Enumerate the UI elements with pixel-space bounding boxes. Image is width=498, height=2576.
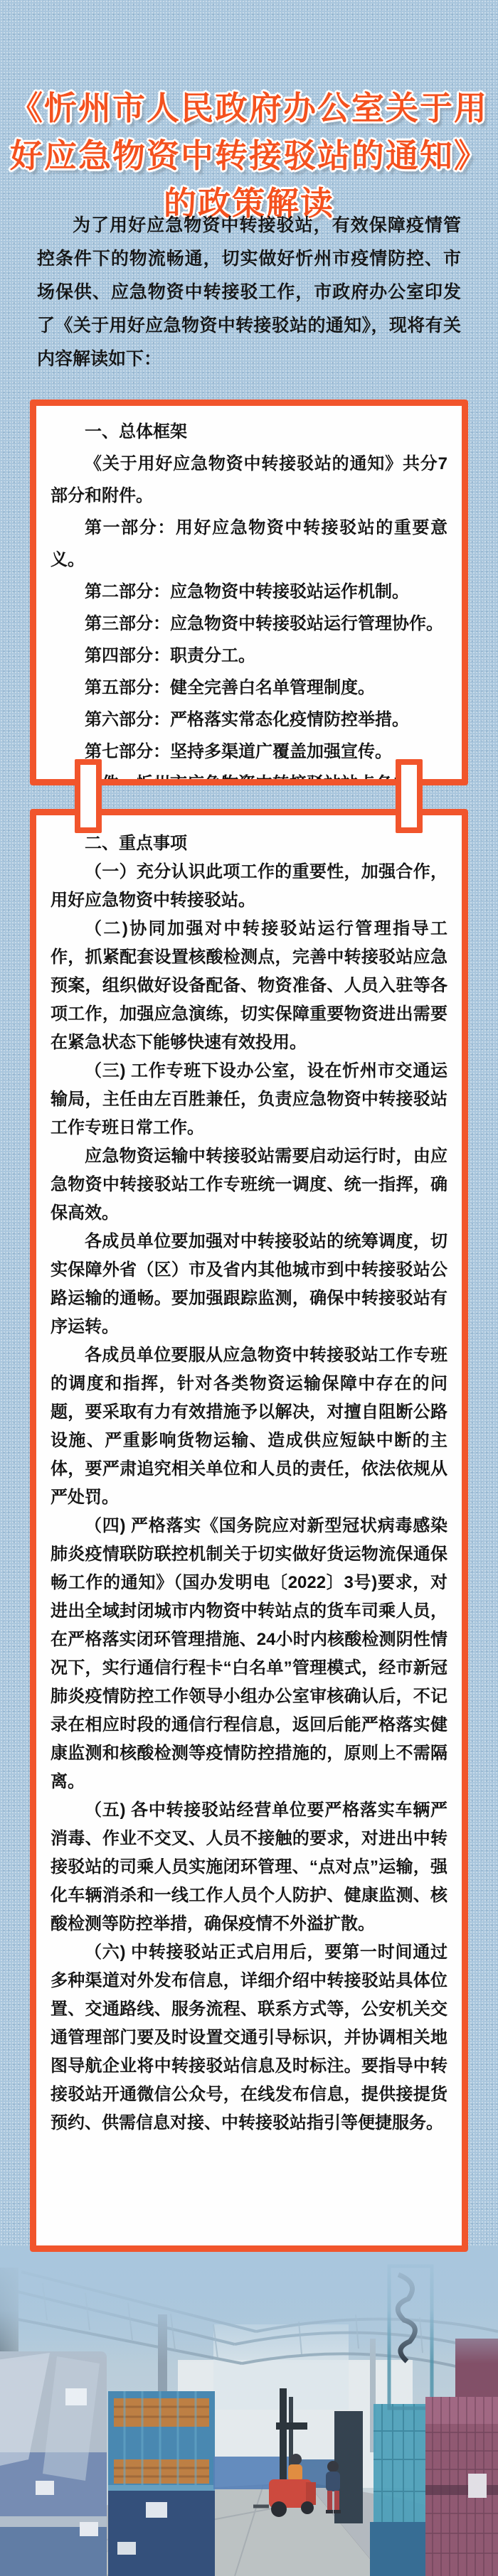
paragraph: 第六部分：严格落实常态化疫情防控举措。 <box>51 704 447 736</box>
paragraph: （四) 严格落实《国务院应对新型冠状病毒感染肺炎疫情联防联控机制关于切实做好货运… <box>51 1512 447 1796</box>
paragraph: 第四部分：职责分工。 <box>51 640 447 672</box>
page-title-line-1: 《忻州市人民政府办公室关于用 <box>0 85 498 132</box>
section-key-items: 二、重点事项 （一）充分认识此项工作的重要性，加强合作，用好应急物资中转接驳站。… <box>30 809 468 2252</box>
paragraph: （二)协同加强对中转接驳站运行管理指导工作，抓紧配套设置核酸检测点，完善中转接驳… <box>51 915 447 1057</box>
paragraph: 第七部分：坚持多渠道广覆盖加强宣传。 <box>51 736 447 768</box>
paragraph: （六) 中转接驳站正式启用后，要第一时间通过多种渠道对外发布信息，详细介绍中转接… <box>51 1938 447 2137</box>
paragraph: 第五部分：健全完善白名单管理制度。 <box>51 672 447 704</box>
section-key-items-body: （一）充分认识此项工作的重要性，加强合作，用好应急物资中转接驳站。（二)协同加强… <box>51 858 447 2137</box>
photo-top-fade <box>0 2246 498 2363</box>
page-title: 《忻州市人民政府办公室关于用 好应急物资中转接驳站的通知》 的政策解读 <box>0 85 498 227</box>
section-key-items-heading: 二、重点事项 <box>51 830 447 858</box>
paragraph: （一）充分认识此项工作的重要性，加强合作，用好应急物资中转接驳站。 <box>51 858 447 915</box>
paragraph: 附件：忻州市应急物资中转接驳站站点名单。 <box>51 768 447 785</box>
warehouse-photo-illustration <box>0 2246 498 2576</box>
paragraph: 第三部分：应急物资中转接驳站运行管理协作。 <box>51 608 447 640</box>
section-overall-framework-body: 《关于用好应急物资中转接驳站的通知》共分7部分和附件。第一部分：用好应急物资中转… <box>51 448 447 785</box>
box-connector-left <box>75 759 102 833</box>
paragraph: 应急物资运输中转接驳站需要启动运行时，由应急物资中转接驳站工作专班统一调度、统一… <box>51 1142 447 1228</box>
paragraph: （五) 各中转接驳站经营单位要严格落实车辆严消毒、作业不交叉、人员不接触的要求，… <box>51 1796 447 1938</box>
policy-poster: 《忻州市人民政府办公室关于用 好应急物资中转接驳站的通知》 的政策解读 为了用好… <box>0 0 498 2576</box>
warehouse-photo <box>0 2246 498 2576</box>
paragraph: 《关于用好应急物资中转接驳站的通知》共分7部分和附件。 <box>51 448 447 512</box>
intro-paragraph: 为了用好应急物资中转接驳站，有效保障疫情管控条件下的物流畅通，切实做好忻州市疫情… <box>37 209 461 376</box>
paragraph: 各成员单位要服从应急物资中转接驳站工作专班的调度和指挥，针对各类物资运输保障中存… <box>51 1341 447 1512</box>
paragraph: 第一部分：用好应急物资中转接驳站的重要意义。 <box>51 512 447 576</box>
box-connector-right <box>396 759 423 833</box>
section-overall-framework: 一、总体框架 《关于用好应急物资中转接驳站的通知》共分7部分和附件。第一部分：用… <box>30 399 468 785</box>
paragraph: 各成员单位要加强对中转接驳站的统筹调度，切实保障外省（区）市及省内其他城市到中转… <box>51 1228 447 1341</box>
page-title-line-2: 好应急物资中转接驳站的通知》 <box>0 132 498 180</box>
paragraph: 第二部分：应急物资中转接驳站运作机制。 <box>51 576 447 608</box>
paragraph: （三) 工作专班下设办公室，设在忻州市交通运输局，主任由左百胜兼任，负责应急物资… <box>51 1057 447 1142</box>
section-overall-framework-heading: 一、总体框架 <box>51 416 447 448</box>
